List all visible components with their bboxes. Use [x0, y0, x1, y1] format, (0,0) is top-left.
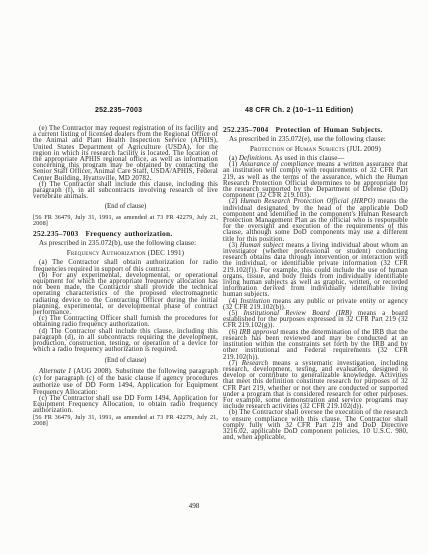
section-heading-7004: 252.235–7004Protection of Human Subjects… [223, 126, 408, 134]
section-heading-7003: 252.235–7003Frequency authorization. [33, 230, 218, 238]
definition-text: means a systematic investigation, includ… [223, 360, 408, 410]
definition-item: (5) Institutional Review Board (IRB) mea… [223, 311, 408, 330]
prescription-text: As prescribed in 235.072(e), use the fol… [223, 136, 408, 143]
alternate-clause-paragraph-c: (c) The Contractor shall use DD Form 149… [33, 396, 218, 415]
end-of-clause-label: (End of clause) [33, 204, 218, 210]
left-column: (e) The Contractor may request registrat… [33, 126, 218, 431]
clause-title: Protection of Human Subjects (JUL 2009) [223, 146, 408, 153]
clause-paragraph-e: (e) The Contractor may request registrat… [33, 126, 218, 182]
cfr-document-page: 252.235–7003 48 CFR Ch. 2 (10–1–11 Editi… [0, 0, 428, 554]
page-number: 498 [172, 502, 216, 510]
definition-text: means a living individual about whom an … [223, 242, 408, 299]
section-title: Frequency authorization. [86, 229, 173, 238]
definition-item: (3) Human subject means a living individ… [223, 243, 408, 299]
definition-text: means the individual designated by the h… [223, 198, 408, 242]
end-of-clause-label: (End of clause) [33, 358, 218, 364]
running-head-edition: 48 CFR Ch. 2 (10–1–11 Edition) [245, 107, 353, 114]
definition-item: (2) Human Research Protection Official (… [223, 199, 408, 242]
page-body: (e) The Contractor may request registrat… [33, 126, 408, 441]
fr-citation: [56 FR 36479, July 31, 1991, as amended … [33, 215, 218, 227]
running-head: 252.235–7003 48 CFR Ch. 2 (10–1–11 Editi… [0, 107, 428, 117]
clause-paragraph-b: (b) The Contractor shall oversee the exe… [223, 410, 408, 441]
prescription-text: As prescribed in 235.072(b), use the fol… [33, 240, 218, 247]
running-head-section-number: 252.235–7003 [95, 107, 142, 114]
section-number: 252.235–7004 [223, 125, 269, 134]
definition-item: (6) IRB approval means the determination… [223, 330, 408, 361]
right-column: 252.235–7004Protection of Human Subjects… [223, 126, 408, 441]
clause-paragraph-b: (b) For any experimental, developmental,… [33, 273, 218, 316]
clause-paragraph-f: (f) The Contractor shall include this cl… [33, 182, 218, 201]
definition-item: (1) Assurance of compliance means a writ… [223, 162, 408, 199]
clause-title: Frequency Authorization (DEC 1991) [33, 250, 218, 257]
definition-text: means a written assurance that an instit… [223, 161, 408, 199]
clause-paragraph-c: (c) The Contracting Officer shall furnis… [33, 316, 218, 328]
alternate-paragraph: Alternate I (AUG 2008). Substitute the f… [33, 368, 218, 396]
definition-item: (7) Research means a systematic investig… [223, 361, 408, 411]
section-number: 252.235–7003 [33, 229, 79, 238]
fr-citation: [56 FR 36479, July 31, 1991, as amended … [33, 415, 218, 427]
section-title: Protection of Human Subjects. [276, 125, 383, 134]
clause-paragraph-d: (d) The Contractor shall include this cl… [33, 329, 218, 354]
clause-paragraph-a: (a) The Contractor shall obtain authoriz… [33, 260, 218, 272]
